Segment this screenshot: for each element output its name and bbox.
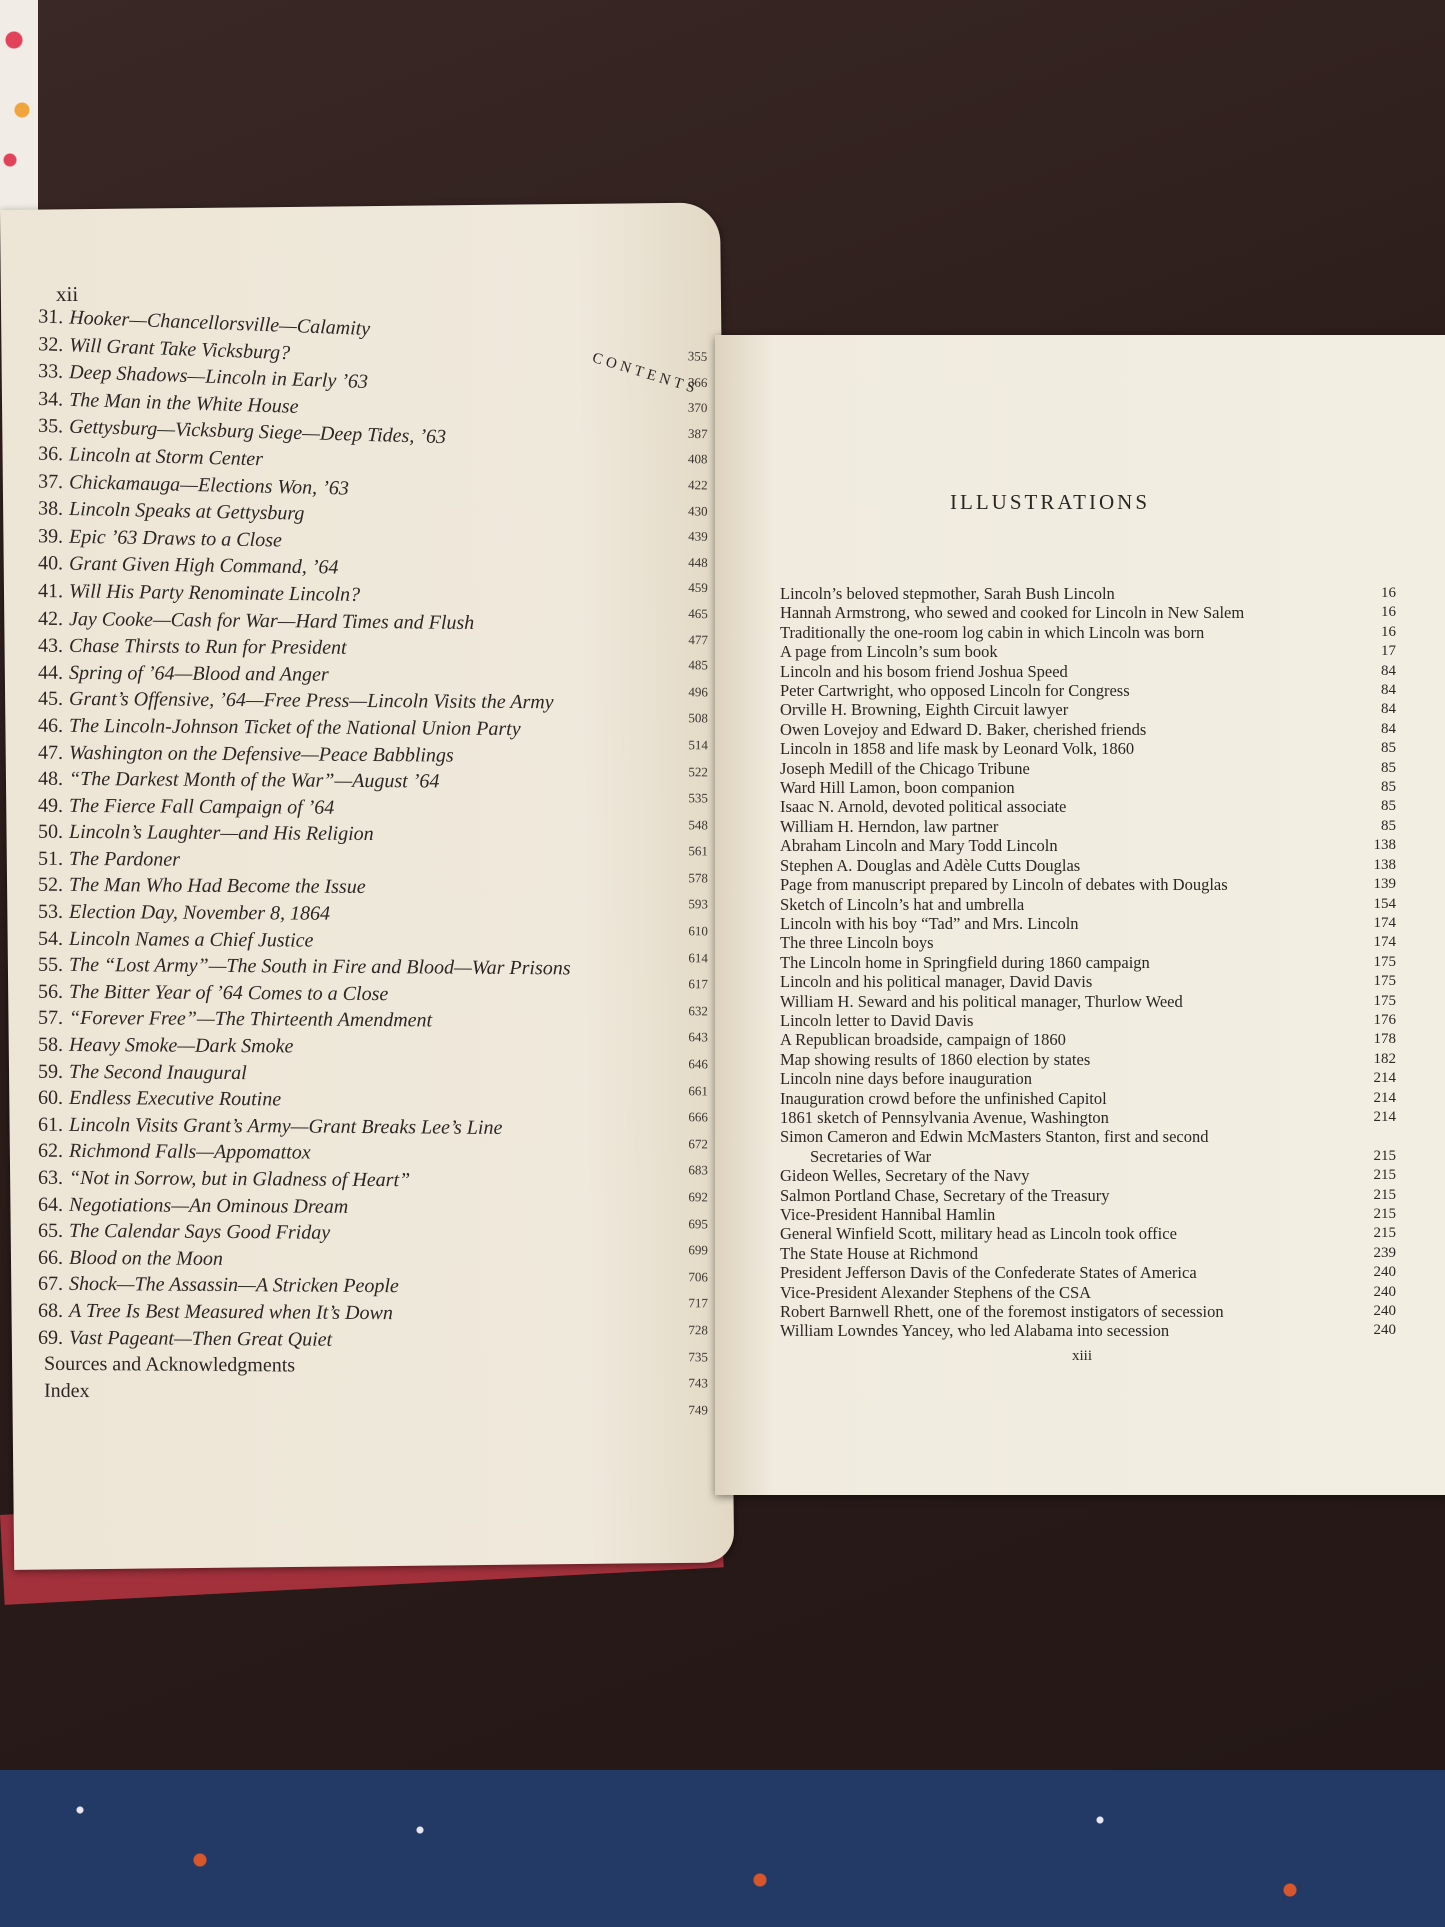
chapter-title: “Not in Sorrow, but in Gladness of Heart… bbox=[69, 1167, 410, 1191]
chapter-title: Grant’s Offensive, ’64—Free Press—Lincol… bbox=[69, 688, 554, 713]
illustration-entry: 1861 sketch of Pennsylvania Avenue, Wash… bbox=[780, 1108, 1388, 1127]
illustration-entry: Lincoln and his political manager, David… bbox=[780, 972, 1388, 991]
patterned-fabric bbox=[0, 1770, 1445, 1927]
chapter-number: 49. bbox=[38, 794, 63, 816]
illustration-entry: Peter Cartwright, who opposed Lincoln fo… bbox=[780, 681, 1388, 700]
chapter-number: 39. bbox=[38, 525, 63, 547]
chapter-number: 42. bbox=[38, 607, 63, 629]
contents-entry: 58.Heavy Smoke—Dark Smoke646 bbox=[38, 1034, 698, 1065]
contents-entry: 53.Election Day, November 8, 1864610 bbox=[38, 901, 698, 932]
chapter-title: Lincoln at Storm Center bbox=[69, 443, 263, 470]
illustration-page: 138 bbox=[1374, 836, 1397, 855]
illustration-page: 215 bbox=[1374, 1224, 1397, 1243]
illustration-page: 175 bbox=[1374, 972, 1397, 991]
illustration-title: Vice-President Alexander Stephens of the… bbox=[780, 1283, 1091, 1302]
illustration-title: General Winfield Scott, military head as… bbox=[780, 1224, 1177, 1243]
contents-entry: 43.Chase Thirsts to Run for President485 bbox=[38, 635, 698, 666]
chapter-number: 53. bbox=[38, 901, 63, 923]
illustration-entry: William H. Seward and his political mana… bbox=[780, 992, 1388, 1011]
chapter-title: Lincoln Speaks at Gettysburg bbox=[69, 498, 305, 525]
illustration-title: Inauguration crowd before the unfinished… bbox=[780, 1089, 1107, 1108]
illustration-page: 182 bbox=[1374, 1050, 1397, 1069]
illustration-entry: Robert Barnwell Rhett, one of the foremo… bbox=[780, 1302, 1388, 1321]
chapter-number: 58. bbox=[38, 1034, 63, 1056]
chapter-title: Sources and Acknowledgments bbox=[44, 1353, 295, 1377]
illustration-entry: Joseph Medill of the Chicago Tribune85 bbox=[780, 759, 1388, 778]
illustration-entry: Isaac N. Arnold, devoted political assoc… bbox=[780, 797, 1388, 816]
chapter-number: 40. bbox=[38, 552, 63, 574]
illustration-page: 215 bbox=[1374, 1147, 1397, 1166]
chapter-number: 68. bbox=[38, 1300, 63, 1322]
illustration-page: 85 bbox=[1381, 759, 1396, 778]
illustration-entry: Lincoln in 1858 and life mask by Leonard… bbox=[780, 739, 1388, 758]
illustration-page: 139 bbox=[1374, 875, 1397, 894]
illustration-title: Stephen A. Douglas and Adèle Cutts Dougl… bbox=[780, 856, 1080, 875]
chapter-number: 44. bbox=[38, 661, 63, 683]
illustration-page: 239 bbox=[1374, 1244, 1397, 1263]
chapter-number: 41. bbox=[38, 580, 63, 602]
chapter-title: Lincoln Names a Chief Justice bbox=[69, 928, 314, 952]
chapter-title: Spring of ’64—Blood and Anger bbox=[69, 662, 329, 686]
illustration-page: 240 bbox=[1374, 1263, 1397, 1282]
illustration-title: A page from Lincoln’s sum book bbox=[780, 642, 998, 661]
illustration-page: 16 bbox=[1381, 623, 1396, 642]
illustration-title: Owen Lovejoy and Edward D. Baker, cheris… bbox=[780, 720, 1146, 739]
chapter-title: The Second Inaugural bbox=[69, 1061, 247, 1084]
chapter-number: 51. bbox=[38, 848, 63, 870]
illustration-page: 85 bbox=[1381, 817, 1396, 836]
illustration-entry: President Jefferson Davis of the Confede… bbox=[780, 1263, 1388, 1282]
illustration-title: Joseph Medill of the Chicago Tribune bbox=[780, 759, 1030, 778]
chapter-number: 60. bbox=[38, 1087, 63, 1109]
illustration-entry: The three Lincoln boys174 bbox=[780, 933, 1388, 952]
chapter-number: 48. bbox=[38, 768, 63, 790]
chapter-number: 55. bbox=[38, 954, 63, 976]
chapter-title: Endless Executive Routine bbox=[69, 1087, 281, 1110]
chapter-title: Jay Cooke—Cash for War—Hard Times and Fl… bbox=[69, 608, 474, 634]
chapter-number: 45. bbox=[38, 688, 63, 710]
contents-entry: 46.The Lincoln-Johnson Ticket of the Nat… bbox=[38, 715, 698, 746]
chapter-title: Washington on the Defensive—Peace Babbli… bbox=[69, 741, 454, 766]
left-page-number: xii bbox=[56, 282, 78, 307]
chapter-number: 56. bbox=[38, 981, 63, 1003]
illustration-entry: Lincoln with his boy “Tad” and Mrs. Linc… bbox=[780, 914, 1388, 933]
illustration-page: 215 bbox=[1374, 1186, 1397, 1205]
chapter-title: Blood on the Moon bbox=[69, 1247, 223, 1270]
illustration-title: William Lowndes Yancey, who led Alabama … bbox=[780, 1321, 1169, 1340]
illustration-entry: General Winfield Scott, military head as… bbox=[780, 1224, 1388, 1243]
illustration-title: Map showing results of 1860 election by … bbox=[780, 1050, 1090, 1069]
illustration-page: 214 bbox=[1374, 1069, 1397, 1088]
chapter-number: 57. bbox=[38, 1007, 63, 1029]
illustration-page: 240 bbox=[1374, 1302, 1397, 1321]
illustration-entry: Hannah Armstrong, who sewed and cooked f… bbox=[780, 603, 1388, 622]
illustration-page: 17 bbox=[1381, 642, 1396, 661]
chapter-title: Lincoln Visits Grant’s Army—Grant Breaks… bbox=[69, 1114, 503, 1139]
illustration-entry: Salmon Portland Chase, Secretary of the … bbox=[780, 1186, 1388, 1205]
illustration-title: William H. Seward and his political mana… bbox=[780, 992, 1183, 1011]
chapter-number: 32. bbox=[38, 333, 64, 356]
illustration-title: Ward Hill Lamon, boon companion bbox=[780, 778, 1015, 797]
chapter-title: Index bbox=[44, 1379, 90, 1401]
chapter-number: 31. bbox=[38, 305, 64, 328]
chapter-number: 63. bbox=[38, 1167, 63, 1189]
illustration-title: 1861 sketch of Pennsylvania Avenue, Wash… bbox=[780, 1108, 1109, 1127]
chapter-title: The “Lost Army”—The South in Fire and Bl… bbox=[69, 954, 571, 980]
chapter-number: 46. bbox=[38, 715, 63, 737]
illustration-page: 175 bbox=[1374, 953, 1397, 972]
illustration-title: Lincoln letter to David Davis bbox=[780, 1011, 973, 1030]
illustration-entry: Stephen A. Douglas and Adèle Cutts Dougl… bbox=[780, 856, 1388, 875]
chapter-number: 52. bbox=[38, 874, 63, 896]
chapter-title: Lincoln’s Laughter—and His Religion bbox=[69, 821, 374, 845]
illustration-entry: Lincoln nine days before inauguration214 bbox=[780, 1069, 1388, 1088]
illustration-title: The State House at Richmond bbox=[780, 1244, 978, 1263]
chapter-title: Will His Party Renominate Lincoln? bbox=[69, 580, 360, 606]
illustration-title: Lincoln and his political manager, David… bbox=[780, 972, 1092, 991]
illustration-title: Page from manuscript prepared by Lincoln… bbox=[780, 875, 1228, 894]
contents-entry: Index749 bbox=[38, 1379, 698, 1410]
illustration-title: Lincoln with his boy “Tad” and Mrs. Linc… bbox=[780, 914, 1079, 933]
chapter-number: 62. bbox=[38, 1140, 63, 1162]
chapter-title: Election Day, November 8, 1864 bbox=[69, 901, 330, 925]
illustration-page: 16 bbox=[1381, 603, 1396, 622]
chapter-title: Chase Thirsts to Run for President bbox=[69, 635, 347, 659]
chapter-title: “The Darkest Month of the War”—August ’6… bbox=[69, 768, 440, 793]
illustration-page: 214 bbox=[1374, 1108, 1397, 1127]
chapter-number: 36. bbox=[38, 443, 64, 466]
chapter-number: 43. bbox=[38, 635, 63, 657]
chapter-title: The Bitter Year of ’64 Comes to a Close bbox=[69, 981, 388, 1005]
illustration-entry: William Lowndes Yancey, who led Alabama … bbox=[780, 1321, 1388, 1340]
chapter-number: 61. bbox=[38, 1114, 63, 1136]
illustrations-list: Lincoln’s beloved stepmother, Sarah Bush… bbox=[780, 584, 1388, 1341]
illustration-page: 176 bbox=[1374, 1011, 1397, 1030]
illustration-entry: Abraham Lincoln and Mary Todd Lincoln138 bbox=[780, 836, 1388, 855]
illustration-entry: Owen Lovejoy and Edward D. Baker, cheris… bbox=[780, 720, 1388, 739]
illustration-page: 174 bbox=[1374, 914, 1397, 933]
illustration-entry: Orville H. Browning, Eighth Circuit lawy… bbox=[780, 700, 1388, 719]
chapter-title: The Fierce Fall Campaign of ’64 bbox=[69, 795, 334, 819]
chapter-number: 67. bbox=[38, 1273, 63, 1295]
illustration-page: 84 bbox=[1381, 720, 1396, 739]
illustration-entry: Sketch of Lincoln’s hat and umbrella154 bbox=[780, 895, 1388, 914]
contents-entry: 48.“The Darkest Month of the War”—August… bbox=[38, 768, 698, 799]
chapter-title: Epic ’63 Draws to a Close bbox=[69, 526, 282, 552]
floral-fabric bbox=[0, 0, 38, 210]
right-page-number: xiii bbox=[1072, 1348, 1092, 1365]
illustration-title: The three Lincoln boys bbox=[780, 933, 934, 952]
illustration-entry: Lincoln’s beloved stepmother, Sarah Bush… bbox=[780, 584, 1388, 603]
contents-entry: 63.“Not in Sorrow, but in Gladness of He… bbox=[38, 1167, 698, 1198]
illustration-title: The Lincoln home in Springfield during 1… bbox=[780, 953, 1150, 972]
illustration-entry: The State House at Richmond239 bbox=[780, 1244, 1388, 1263]
chapter-number: 69. bbox=[38, 1326, 63, 1348]
illustration-title: Robert Barnwell Rhett, one of the foremo… bbox=[780, 1302, 1224, 1321]
illustration-page: 16 bbox=[1381, 584, 1396, 603]
illustration-page: 85 bbox=[1381, 778, 1396, 797]
chapter-title: Shock—The Assassin—A Stricken People bbox=[69, 1273, 399, 1297]
illustration-page: 138 bbox=[1374, 856, 1397, 875]
chapter-title: “Forever Free”—The Thirteenth Amendment bbox=[69, 1007, 432, 1032]
illustration-page: 154 bbox=[1374, 895, 1397, 914]
illustration-title: Orville H. Browning, Eighth Circuit lawy… bbox=[780, 700, 1068, 719]
illustration-page: 214 bbox=[1374, 1089, 1397, 1108]
illustration-title: Hannah Armstrong, who sewed and cooked f… bbox=[780, 603, 1244, 622]
chapter-title: The Man Who Had Become the Issue bbox=[69, 874, 366, 898]
illustration-title: Peter Cartwright, who opposed Lincoln fo… bbox=[780, 681, 1130, 700]
illustration-entry: Page from manuscript prepared by Lincoln… bbox=[780, 875, 1388, 894]
illustration-title: Sketch of Lincoln’s hat and umbrella bbox=[780, 895, 1024, 914]
illustration-entry: Vice-President Hannibal Hamlin215 bbox=[780, 1205, 1388, 1224]
illustration-title: Lincoln’s beloved stepmother, Sarah Bush… bbox=[780, 584, 1115, 603]
contents-entry: 68.A Tree Is Best Measured when It’s Dow… bbox=[38, 1300, 698, 1331]
chapter-number: 50. bbox=[38, 821, 63, 843]
illustration-entry: Inauguration crowd before the unfinished… bbox=[780, 1089, 1388, 1108]
illustration-page: 85 bbox=[1381, 739, 1396, 758]
chapter-number: 66. bbox=[38, 1246, 63, 1268]
illustration-entry: Traditionally the one-room log cabin in … bbox=[780, 623, 1388, 642]
illustration-title: Lincoln nine days before inauguration bbox=[780, 1069, 1032, 1088]
illustration-page: 215 bbox=[1374, 1205, 1397, 1224]
chapter-number: 35. bbox=[38, 415, 64, 438]
chapter-page: 749 bbox=[688, 1402, 708, 1418]
chapter-number: 47. bbox=[38, 741, 63, 763]
chapter-number: 64. bbox=[38, 1193, 63, 1215]
illustration-title: Simon Cameron and Edwin McMasters Stanto… bbox=[780, 1127, 1208, 1146]
illustrations-heading: ILLUSTRATIONS bbox=[950, 490, 1150, 515]
chapter-number: 34. bbox=[38, 388, 64, 411]
illustration-page: 174 bbox=[1374, 933, 1397, 952]
chapter-title: Vast Pageant—Then Great Quiet bbox=[69, 1326, 332, 1350]
chapter-number: 59. bbox=[38, 1060, 63, 1082]
illustration-entry: Ward Hill Lamon, boon companion85 bbox=[780, 778, 1388, 797]
chapter-title: Heavy Smoke—Dark Smoke bbox=[69, 1034, 294, 1058]
illustration-page: 84 bbox=[1381, 700, 1396, 719]
illustration-entry: Lincoln and his bosom friend Joshua Spee… bbox=[780, 662, 1388, 681]
illustration-title: Lincoln and his bosom friend Joshua Spee… bbox=[780, 662, 1068, 681]
illustration-entry: William H. Herndon, law partner85 bbox=[780, 817, 1388, 836]
illustration-title: Vice-President Hannibal Hamlin bbox=[780, 1205, 995, 1224]
chapter-number: 54. bbox=[38, 927, 63, 949]
illustration-entry: Gideon Welles, Secretary of the Navy215 bbox=[780, 1166, 1388, 1185]
illustration-title: A Republican broadside, campaign of 1860 bbox=[780, 1030, 1066, 1049]
illustration-page: 240 bbox=[1374, 1321, 1397, 1340]
chapter-number: 38. bbox=[38, 498, 63, 520]
chapter-title: Negotiations—An Ominous Dream bbox=[69, 1194, 348, 1218]
illustration-title-continuation: Secretaries of War bbox=[780, 1147, 1388, 1166]
illustration-page: 240 bbox=[1374, 1283, 1397, 1302]
illustration-title: Traditionally the one-room log cabin in … bbox=[780, 623, 1204, 642]
illustration-title: William H. Herndon, law partner bbox=[780, 817, 998, 836]
chapter-number: 37. bbox=[38, 470, 63, 493]
illustration-title: Gideon Welles, Secretary of the Navy bbox=[780, 1166, 1029, 1185]
illustration-title: Abraham Lincoln and Mary Todd Lincoln bbox=[780, 836, 1058, 855]
chapter-title: Grant Given High Command, ’64 bbox=[69, 553, 339, 579]
illustration-entry: The Lincoln home in Springfield during 1… bbox=[780, 953, 1388, 972]
illustration-title: Salmon Portland Chase, Secretary of the … bbox=[780, 1186, 1109, 1205]
illustration-entry: Vice-President Alexander Stephens of the… bbox=[780, 1283, 1388, 1302]
illustration-page: 215 bbox=[1374, 1166, 1397, 1185]
illustration-page: 85 bbox=[1381, 797, 1396, 816]
chapter-title: A Tree Is Best Measured when It’s Down bbox=[69, 1300, 393, 1324]
illustration-entry: Map showing results of 1860 election by … bbox=[780, 1050, 1388, 1069]
illustration-page: 175 bbox=[1374, 992, 1397, 1011]
illustration-page: 178 bbox=[1374, 1030, 1397, 1049]
illustration-entry: A Republican broadside, campaign of 1860… bbox=[780, 1030, 1388, 1049]
illustration-page: 84 bbox=[1381, 681, 1396, 700]
chapter-number: 33. bbox=[38, 360, 64, 383]
illustration-page: 84 bbox=[1381, 662, 1396, 681]
chapter-title: The Lincoln-Johnson Ticket of the Nation… bbox=[69, 715, 521, 740]
contents-list: 31.Hooker—Chancellorsville—Calamity35532… bbox=[38, 318, 698, 1408]
illustration-entry: Lincoln letter to David Davis176 bbox=[780, 1011, 1388, 1030]
chapter-title: The Pardoner bbox=[69, 848, 180, 871]
chapter-title: Richmond Falls—Appomattox bbox=[69, 1140, 311, 1164]
illustration-title: President Jefferson Davis of the Confede… bbox=[780, 1263, 1197, 1282]
contents-entry: Sources and Acknowledgments743 bbox=[38, 1353, 698, 1384]
illustration-entry: Simon Cameron and Edwin McMasters Stanto… bbox=[780, 1127, 1388, 1166]
illustration-title: Isaac N. Arnold, devoted political assoc… bbox=[780, 797, 1066, 816]
illustration-entry: A page from Lincoln’s sum book17 bbox=[780, 642, 1388, 661]
chapter-number: 65. bbox=[38, 1220, 63, 1242]
illustration-title: Lincoln in 1858 and life mask by Leonard… bbox=[780, 739, 1134, 758]
chapter-title: The Calendar Says Good Friday bbox=[69, 1220, 330, 1244]
